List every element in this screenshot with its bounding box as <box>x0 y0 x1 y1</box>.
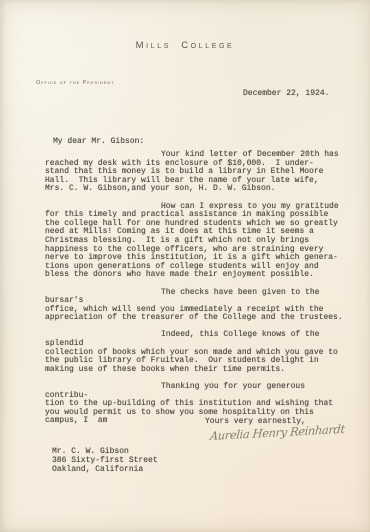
salutation: My dear Mr. Gibson: <box>53 137 144 146</box>
paragraph-1: Your kind letter of December 20th has re… <box>45 151 345 194</box>
paragraph-3: The checks have been given to the bursar… <box>45 289 345 323</box>
letter-page: Mills College Office of the President De… <box>0 0 370 532</box>
letterhead-office-line: Office of the President <box>36 80 115 86</box>
paragraph-2: How can I express to you my gratitude fo… <box>45 203 345 280</box>
letterhead-college-name: Mills College <box>0 40 370 51</box>
date-line: December 22, 1924. <box>243 89 329 98</box>
letter-body: Your kind letter of December 20th has re… <box>45 151 345 435</box>
recipient-address: Mr. C. W. Gibson 386 Sixty-first Street … <box>52 447 158 475</box>
paragraph-4: Indeed, this College knows of the splend… <box>45 331 345 374</box>
